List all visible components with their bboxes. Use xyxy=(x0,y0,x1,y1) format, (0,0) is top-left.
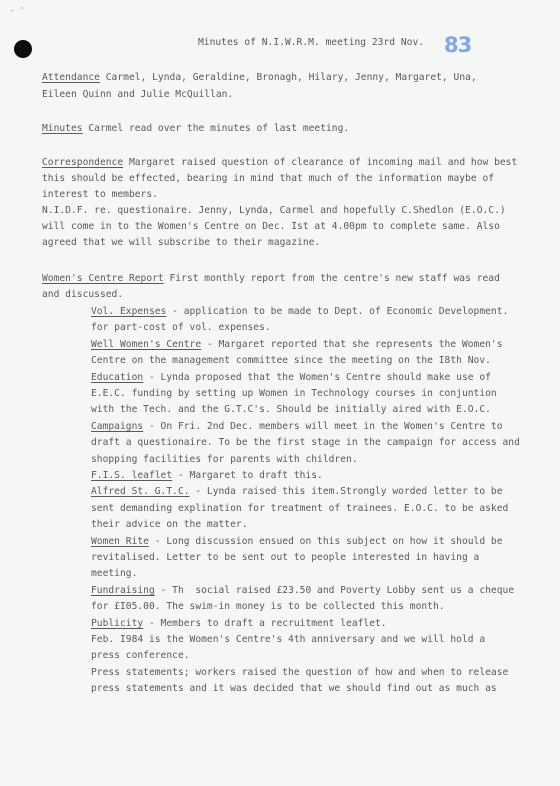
report-item-heading: Education xyxy=(91,372,143,383)
report-item-text: - Long discussion ensued on this subject… xyxy=(149,536,503,547)
report-item-line: sent demanding explination for treatment… xyxy=(91,503,508,515)
report-item-heading: Vol. Expenses xyxy=(91,306,166,317)
report-item-text: shopping facilities for parents with chi… xyxy=(91,454,358,465)
report-item-line: Fundraising - Th social raised £23.50 an… xyxy=(91,585,514,597)
report-item-text: - Members to draft a recruitment leaflet… xyxy=(143,618,386,629)
report-item-heading: Women Rite xyxy=(91,536,149,547)
report-item-line: Well Women's Centre - Margaret reported … xyxy=(91,339,503,351)
correspondence-text: Margaret raised question of clearance of… xyxy=(123,157,517,168)
report-item-line: Centre on the management committee since… xyxy=(91,355,491,367)
correspondence-line-6: agreed that we will subscribe to their m… xyxy=(42,237,320,249)
report-extra-line: Feb. I984 is the Women's Centre's 4th an… xyxy=(91,634,485,646)
report-item-line: Publicity - Members to draft a recruitme… xyxy=(91,618,387,630)
report-heading: Women's Centre Report xyxy=(42,273,164,284)
report-item-text: for part-cost of vol. expenses. xyxy=(91,322,271,333)
report-item-line: shopping facilities for parents with chi… xyxy=(91,454,358,466)
handwritten-page-number: 83 xyxy=(444,33,471,57)
report-item-line: Vol. Expenses - application to be made t… xyxy=(91,306,508,318)
correspondence-line-2: this should be effected, bearing in mind… xyxy=(42,173,494,185)
report-extra-line: Press statements; workers raised the que… xyxy=(91,667,508,679)
report-text: First monthly report from the centre's n… xyxy=(164,273,500,284)
correspondence-line-1: Correspondence Margaret raised question … xyxy=(42,157,517,169)
report-item-text: Centre on the management committee since… xyxy=(91,355,491,366)
report-item-text: sent demanding explination for treatment… xyxy=(91,503,508,514)
report-item-text: meeting. xyxy=(91,568,137,579)
report-item-text: their advice on the matter. xyxy=(91,519,248,530)
minutes-text: Carmel read over the minutes of last mee… xyxy=(83,123,350,134)
report-item-line: F.I.S. leaflet - Margaret to draft this. xyxy=(91,470,323,482)
report-extra-line: press conference. xyxy=(91,650,190,662)
report-item-heading: Publicity xyxy=(91,618,143,629)
report-item-line: Alfred St. G.T.C. - Lynda raised this it… xyxy=(91,486,503,498)
report-item-line: with the Tech. and the G.T.C's. Should b… xyxy=(91,404,491,416)
report-item-text: E.E.C. funding by setting up Women in Te… xyxy=(91,388,497,399)
report-item-text: with the Tech. and the G.T.C's. Should b… xyxy=(91,404,491,415)
report-item-line: Campaigns - On Fri. 2nd Dec. members wil… xyxy=(91,421,503,433)
report-item-text: revitalised. Letter to be sent out to pe… xyxy=(91,552,479,563)
report-line-2: and discussed. xyxy=(42,289,123,301)
report-item-line: revitalised. Letter to be sent out to pe… xyxy=(91,552,479,564)
correspondence-heading: Correspondence xyxy=(42,157,123,168)
report-line-1: Women's Centre Report First monthly repo… xyxy=(42,273,500,285)
report-item-line: draft a questionaire. To be the first st… xyxy=(91,437,520,449)
attendance-line-2: Eileen Quinn and Julie McQuillan. xyxy=(42,89,233,101)
report-item-heading: Campaigns xyxy=(91,421,143,432)
report-item-line: Education - Lynda proposed that the Wome… xyxy=(91,372,491,384)
report-item-line: Women Rite - Long discussion ensued on t… xyxy=(91,536,503,548)
report-item-line: E.E.C. funding by setting up Women in Te… xyxy=(91,388,497,400)
report-extra-line: press statements and it was decided that… xyxy=(91,683,497,695)
report-item-text: - Lynda raised this item.Strongly worded… xyxy=(190,486,503,497)
report-item-text: - On Fri. 2nd Dec. members will meet in … xyxy=(143,421,502,432)
report-item-line: for part-cost of vol. expenses. xyxy=(91,322,271,334)
report-item-text: draft a questionaire. To be the first st… xyxy=(91,437,520,448)
report-item-text: - Lynda proposed that the Women's Centre… xyxy=(143,372,491,383)
attendance-line-1: Attendance Carmel, Lynda, Geraldine, Bro… xyxy=(42,72,477,84)
minutes-line: Minutes Carmel read over the minutes of … xyxy=(42,123,349,135)
document-page: - ' Minutes of N.I.W.R.M. meeting 23rd N… xyxy=(0,0,560,786)
minutes-heading: Minutes xyxy=(42,123,83,134)
report-item-text: - Margaret to draft this. xyxy=(172,470,323,481)
report-item-heading: F.I.S. leaflet xyxy=(91,470,172,481)
report-item-heading: Well Women's Centre xyxy=(91,339,201,350)
report-item-heading: Alfred St. G.T.C. xyxy=(91,486,190,497)
report-item-text: - application to be made to Dept. of Eco… xyxy=(166,306,508,317)
report-item-text: - Th social raised £23.50 and Poverty Lo… xyxy=(155,585,514,596)
report-item-text: - Margaret reported that she represents … xyxy=(201,339,502,350)
correspondence-line-5: will come in to the Women's Centre on De… xyxy=(42,221,500,233)
report-item-line: their advice on the matter. xyxy=(91,519,248,531)
attendance-heading: Attendance xyxy=(42,72,100,83)
correspondence-line-3: interest to members. xyxy=(42,189,158,201)
corner-mark: - ' xyxy=(10,6,24,15)
document-title: Minutes of N.I.W.R.M. meeting 23rd Nov. xyxy=(198,37,424,49)
punch-hole-icon xyxy=(14,40,32,58)
report-item-line: for £I05.00. The swim-in money is to be … xyxy=(91,601,445,613)
attendance-text: Carmel, Lynda, Geraldine, Bronagh, Hilar… xyxy=(100,72,477,83)
report-item-text: for £I05.00. The swim-in money is to be … xyxy=(91,601,445,612)
report-item-line: meeting. xyxy=(91,568,137,580)
correspondence-line-4: N.I.D.F. re. questionaire. Jenny, Lynda,… xyxy=(42,205,506,217)
report-item-heading: Fundraising xyxy=(91,585,155,596)
